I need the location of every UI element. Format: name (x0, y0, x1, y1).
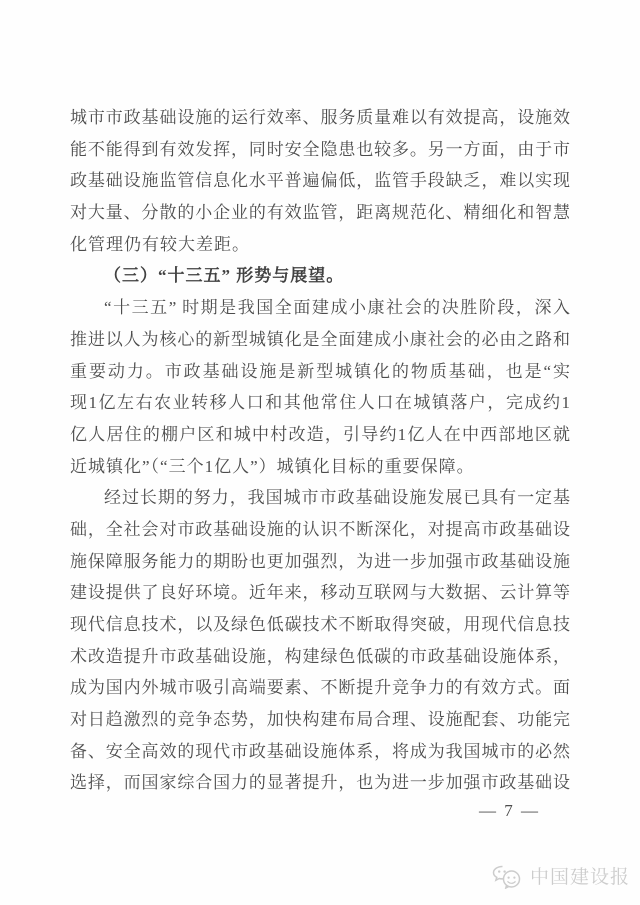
section-heading-line: （三）“十三五” 形势与展望。 (70, 260, 570, 292)
body-text-line: 对大量、分散的小企业的有效监管，距离规范化、精细化和智慧 (70, 197, 570, 229)
body-text-line: 成为国内外城市吸引高端要素、不断提升竞争力的有效方式。面 (70, 672, 570, 704)
body-text-line: 现代信息技术，以及绿色低碳技术不断取得突破，用现代信息技 (70, 609, 570, 641)
document-page: 城市市政基础设施的运行效率、服务质量难以有效提高，设施效能不能得到有效发挥，同时… (0, 0, 640, 905)
body-text-line: 础，全社会对市政基础设施的认识不断深化，对提高市政基础设 (70, 514, 570, 546)
wechat-icon (490, 863, 524, 889)
body-text-line: 现1亿左右农业转移人口和其他常住人口在城镇落户，完成约1 (70, 387, 570, 419)
body-text-line: 对日趋激烈的竞争态势，加快构建布局合理、设施配套、功能完 (70, 704, 570, 736)
body-text-line: 城市市政基础设施的运行效率、服务质量难以有效提高，设施效 (70, 102, 570, 134)
body-text-line: 选择，而国家综合国力的显著提升，也为进一步加强市政基础设 (70, 767, 570, 799)
body-text-line: 亿人居住的棚户区和城中村改造，引导约1亿人在中西部地区就 (70, 419, 570, 451)
body-text-line: 能不能得到有效发挥，同时安全隐患也较多。另一方面，由于市 (70, 134, 570, 166)
body-text-line: 备、安全高效的现代市政基础设施体系，将成为我国城市的必然 (70, 736, 570, 768)
body-text-line: 建设提供了良好环境。近年来，移动互联网与大数据、云计算等 (70, 577, 570, 609)
body-text-line: 推进以人为核心的新型城镇化是全面建成小康社会的必由之路和 (70, 324, 570, 356)
watermark-text: 中国建设报 (530, 862, 630, 889)
body-text-line: 术改造提升市政基础设施，构建绿色低碳的市政基础设施体系， (70, 641, 570, 673)
document-body: 城市市政基础设施的运行效率、服务质量难以有效提高，设施效能不能得到有效发挥，同时… (70, 102, 570, 799)
body-text-line: “十三五” 时期是我国全面建成小康社会的决胜阶段，深入 (70, 292, 570, 324)
body-text-line: 重要动力。市政基础设施是新型城镇化的物质基础，也是“实 (70, 356, 570, 388)
watermark: 中国建设报 (490, 862, 630, 889)
page-number: — 7 — (70, 801, 540, 821)
body-text-line: 化管理仍有较大差距。 (70, 229, 570, 261)
body-text-line: 政基础设施监管信息化水平普遍偏低，监管手段缺乏，难以实现 (70, 165, 570, 197)
body-text-line: 近城镇化”（“三个1亿人”）城镇化目标的重要保障。 (70, 451, 570, 483)
body-text-line: 经过长期的努力，我国城市市政基础设施发展已具有一定基 (70, 482, 570, 514)
body-text-line: 施保障服务能力的期盼也更加强烈，为进一步加强市政基础设施 (70, 546, 570, 578)
